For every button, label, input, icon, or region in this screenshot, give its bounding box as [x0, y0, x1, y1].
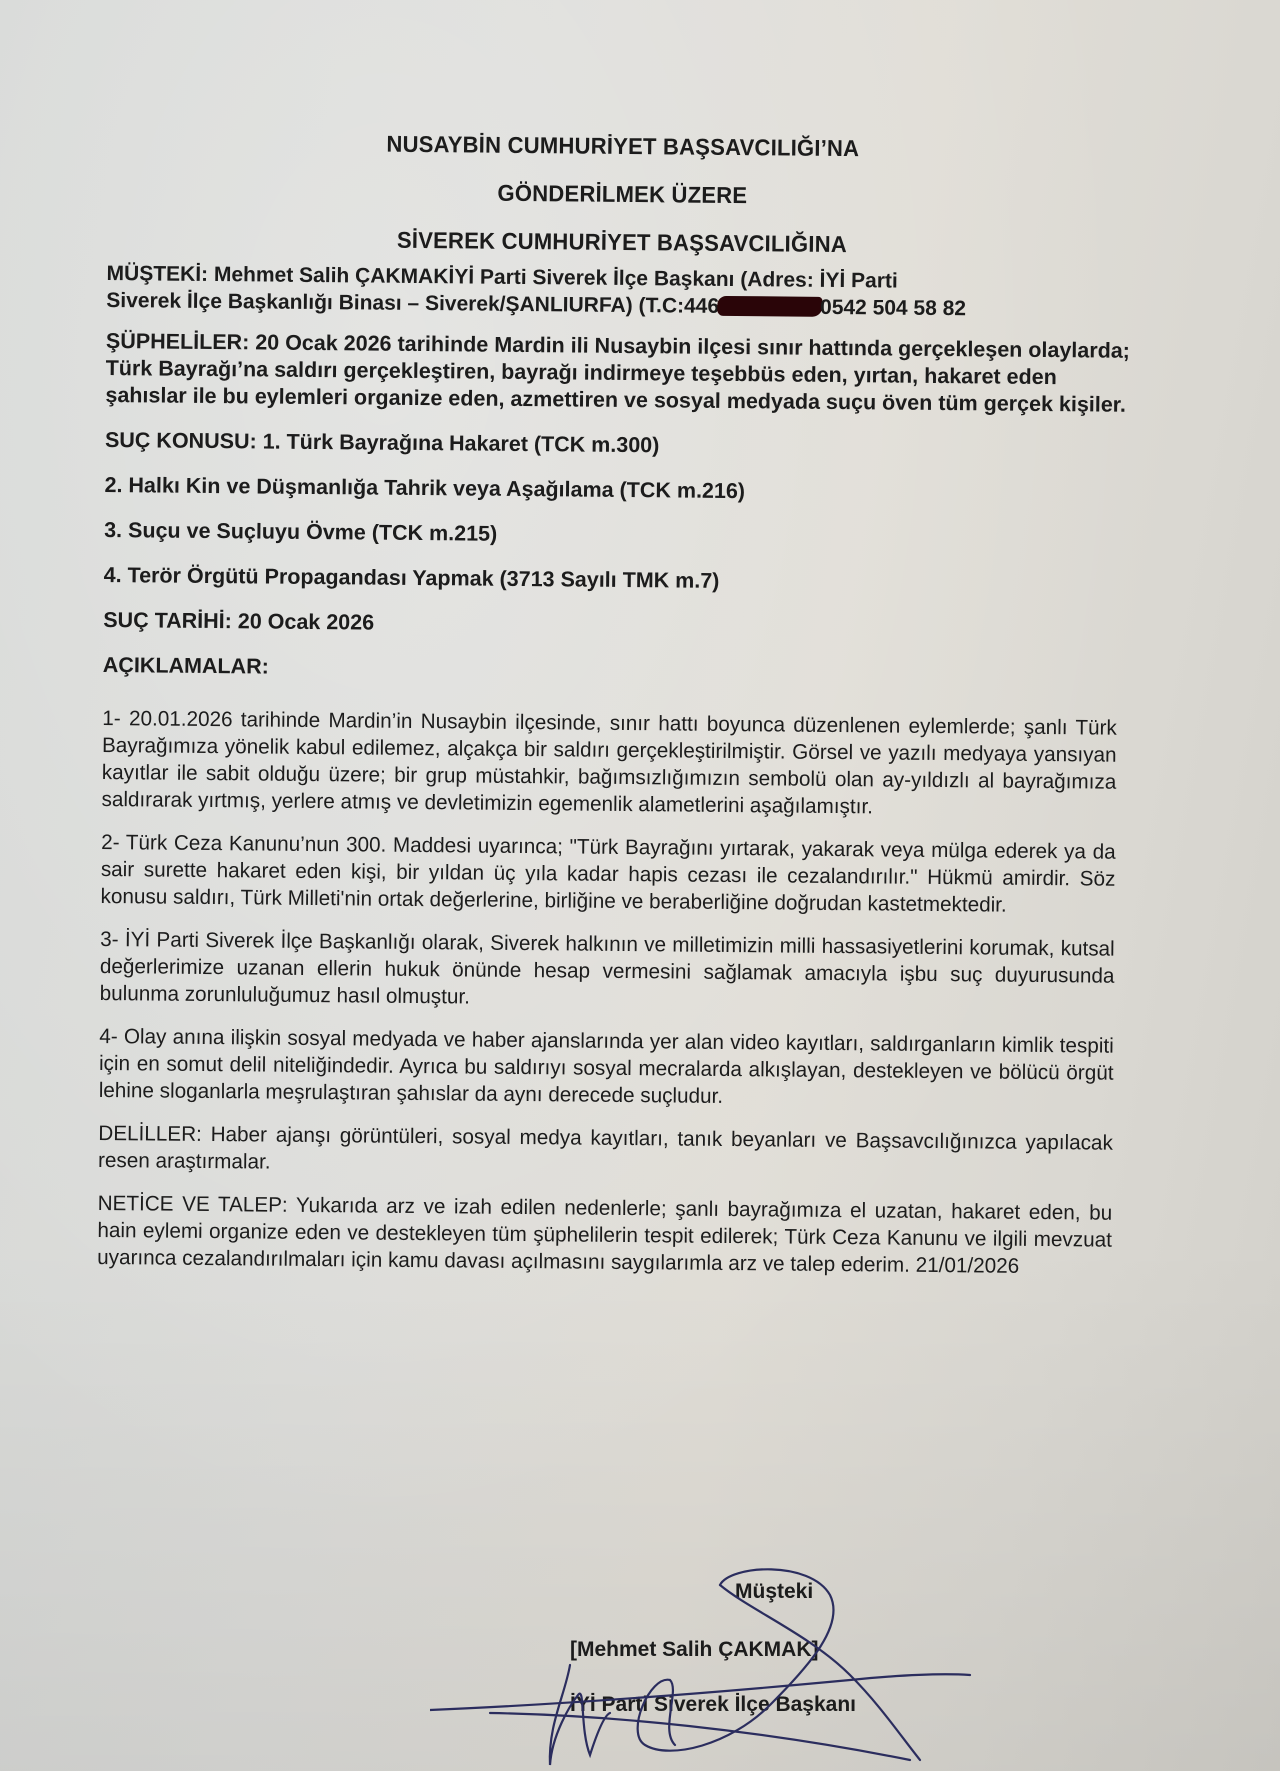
- offense-date-label: SUÇ TARİHİ:: [103, 608, 232, 633]
- explanation-paragraph-4: 4- Olay anına ilişkin sosyal medyada ve …: [99, 1023, 1114, 1114]
- conclusion-section: NETİCE VE TALEP: Yukarıda arz ve izah ed…: [97, 1190, 1112, 1281]
- complainant-phone: 0542 504 58 82: [820, 296, 966, 320]
- complainant-section: MÜŞTEKİ: Mehmet Salih ÇAKMAKİYİ Parti Si…: [106, 260, 1136, 324]
- evidence-text: Haber ajanşı görüntüleri, sosyal medya k…: [98, 1123, 1113, 1174]
- offense-item-3: 3. Suçu ve Suçluyu Övme (TCK m.215): [104, 517, 1134, 554]
- redaction-mark: [717, 296, 822, 317]
- offense-label: SUÇ KONUSU:: [105, 428, 257, 453]
- conclusion-label: NETİCE VE TALEP:: [98, 1192, 288, 1217]
- petition-document: NUSAYBİN CUMHURİYET BAŞSAVCILIĞI’NA GÖND…: [97, 128, 1138, 1297]
- suspects-label: ŞÜPHELİLER:: [106, 329, 250, 354]
- offense-date: SUÇ TARİHİ: 20 Ocak 2026: [103, 607, 1133, 644]
- explanation-paragraph-3: 3- İYİ Parti Siverek İlçe Başkanlığı ola…: [100, 926, 1115, 1017]
- handwritten-signature-icon: [430, 1555, 990, 1771]
- offense-item-text: 1. Türk Bayrağına Hakaret (TCK m.300): [263, 429, 660, 457]
- explanation-paragraph-2: 2- Türk Ceza Kanunu’nun 300. Maddesi uya…: [100, 829, 1115, 920]
- offense-date-value: 20 Ocak 2026: [232, 609, 374, 634]
- offense-item-1: SUÇ KONUSU: 1. Türk Bayrağına Hakaret (T…: [105, 427, 1135, 464]
- evidence-label: DELİLLER:: [98, 1122, 202, 1146]
- explanation-paragraph-1: 1- 20.01.2026 tarihinde Mardin’in Nusayb…: [101, 705, 1117, 823]
- suspects-section: ŞÜPHELİLER: 20 Ocak 2026 tarihinde Mardi…: [105, 328, 1136, 419]
- evidence-section: DELİLLER: Haber ajanşı görüntüleri, sosy…: [98, 1120, 1113, 1184]
- complainant-label: MÜŞTEKİ:: [106, 262, 208, 286]
- addressee-line-2: GÖNDERİLMEK ÜZERE: [128, 176, 1117, 211]
- offense-item-4: 4. Terör Örgütü Propagandası Yapmak (371…: [104, 562, 1134, 599]
- explanations-heading: AÇIKLAMALAR:: [103, 652, 1133, 689]
- complainant-address: Siverek İlçe Başkanlığı Binası – Siverek…: [106, 289, 719, 318]
- suspects-text: 20 Ocak 2026 tarihinde Mardin ili Nusayb…: [105, 330, 1130, 416]
- addressee-line-3: SİVEREK CUMHURİYET BAŞSAVCILIĞINA: [127, 224, 1116, 259]
- addressee-line-1: NUSAYBİN CUMHURİYET BAŞSAVCILIĞI’NA: [128, 128, 1117, 163]
- offense-item-2: 2. Halkı Kin ve Düşmanlığa Tahrik veya A…: [104, 472, 1134, 509]
